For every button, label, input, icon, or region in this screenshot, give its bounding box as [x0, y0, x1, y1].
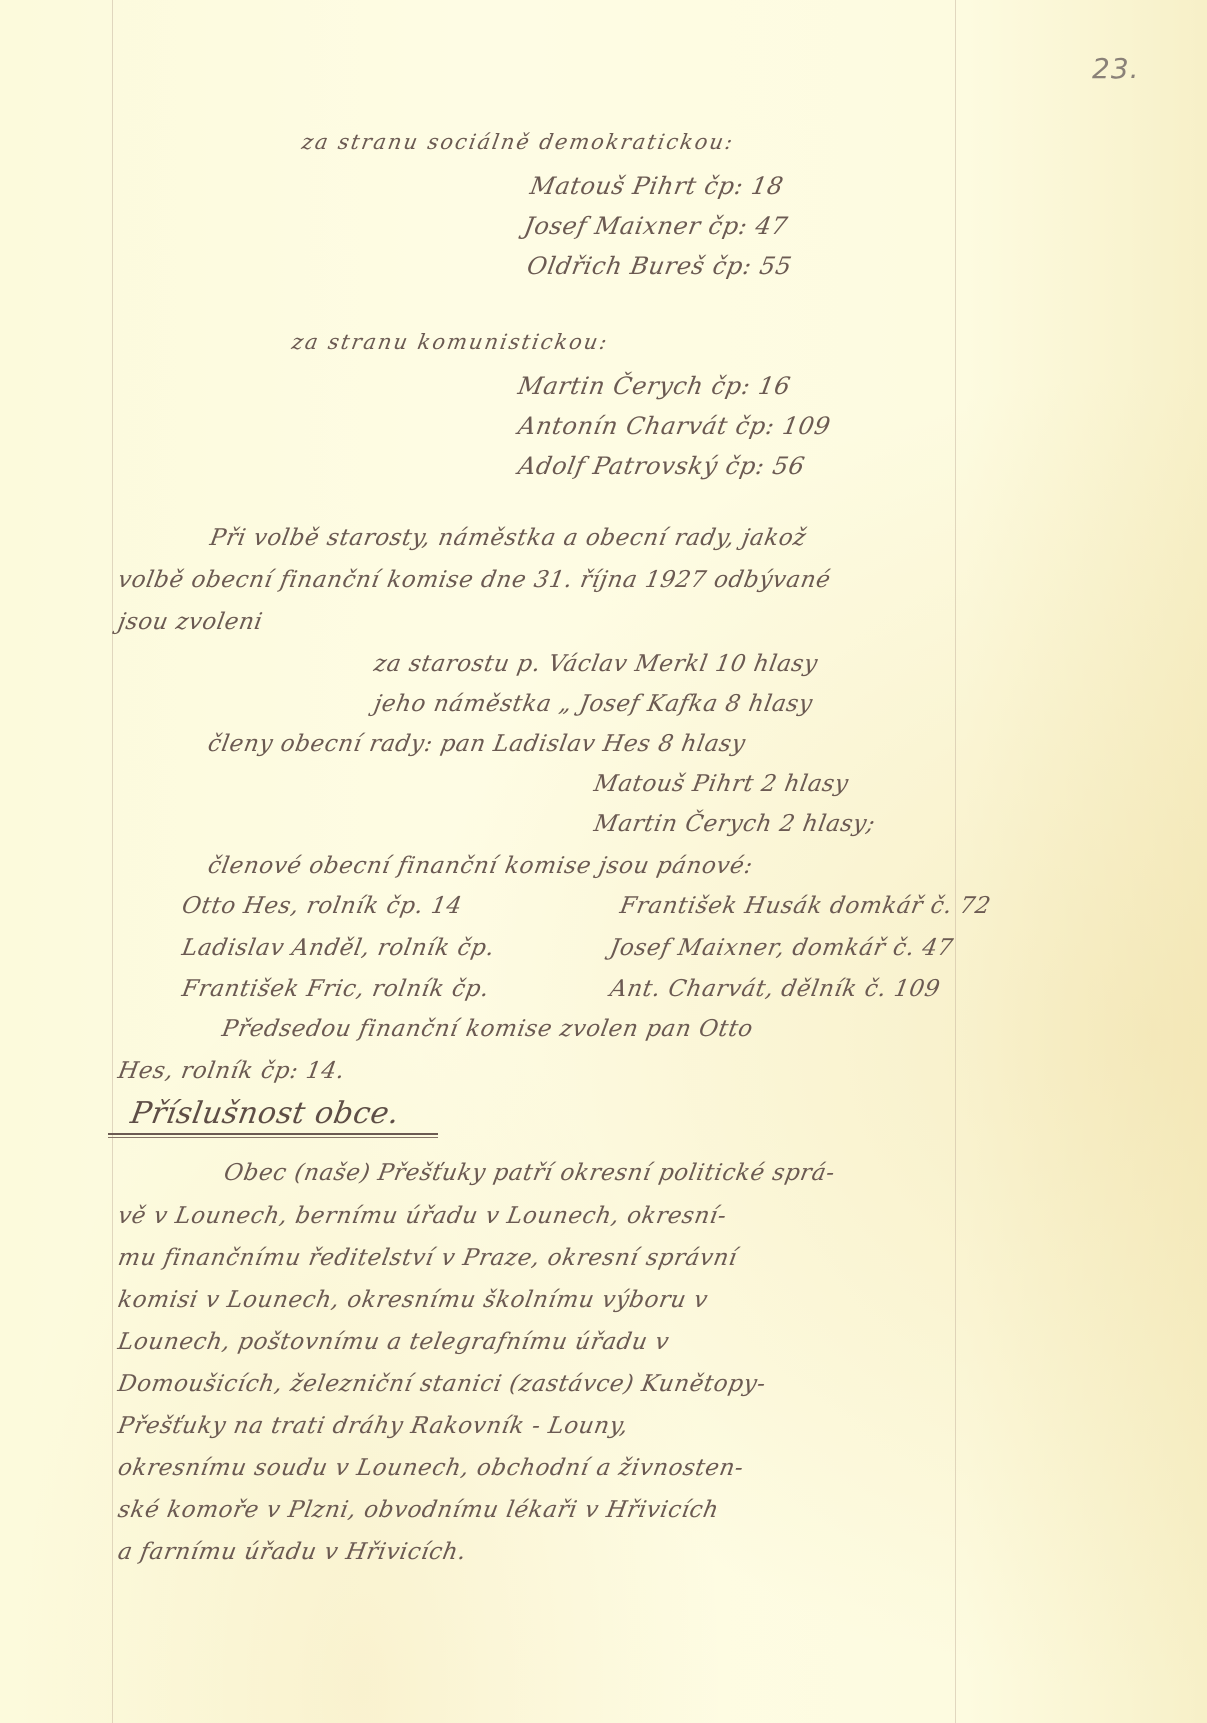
- section-body-line: Obec (naše) Přešťuky patří okresní polit…: [222, 1160, 837, 1186]
- social-democrat-member: Matouš Pihrt čp: 18: [528, 172, 786, 200]
- finance-chair-line: Předsedou finanční komise zvolen pan Ott…: [220, 1016, 755, 1042]
- communist-member: Adolf Patrovský čp: 56: [516, 452, 807, 480]
- finance-member-left: Ladislav Anděl, rolník čp.: [180, 935, 497, 961]
- elected-line-council: členy obecní rady: pan Ladislav Hes 8 hl…: [206, 731, 748, 757]
- elected-line-deputy: jeho náměstka „ Josef Kafka 8 hlasy: [372, 691, 815, 717]
- section-body-line: vě v Lounech, bernímu úřadu v Lounech, o…: [116, 1203, 729, 1229]
- right-margin-line: [955, 0, 956, 1723]
- section-body-line: Lounech, poštovnímu a telegrafnímu úřadu…: [116, 1329, 671, 1355]
- social-democrat-member: Oldřich Bureš čp: 55: [525, 252, 794, 280]
- social-democrat-member: Josef Maixner čp: 47: [522, 212, 790, 240]
- election-paragraph-line: Při volbě starosty, náměstka a obecní ra…: [208, 525, 808, 551]
- section-body-line: ské komoře v Plzni, obvodnímu lékaři v H…: [116, 1497, 721, 1523]
- finance-member-left: Otto Hes, rolník čp. 14: [180, 893, 464, 919]
- heading-underline: [108, 1137, 438, 1138]
- elected-line-council: Matouš Pihrt 2 hlasy: [592, 771, 851, 797]
- finance-member-left: František Fric, rolník čp.: [180, 976, 491, 1002]
- page-number: 23.: [1092, 52, 1140, 85]
- section-body-line: mu finančnímu ředitelství v Praze, okres…: [116, 1245, 739, 1271]
- manuscript-page: 23. za stranu sociálně demokratickou: Ma…: [0, 0, 1207, 1723]
- finance-member-right: František Husák domkář č. 72: [618, 893, 993, 919]
- left-margin-line: [112, 0, 113, 1723]
- communist-member: Martin Čerych čp: 16: [516, 372, 793, 400]
- section-body-line: Přešťuky na trati dráhy Rakovník - Louny…: [116, 1413, 630, 1439]
- finance-member-right: Josef Maixner, domkář č. 47: [608, 935, 955, 961]
- section-body-line: Domoušicích, železniční stanici (zastávc…: [116, 1371, 768, 1397]
- communists-heading: za stranu komunistickou:: [290, 330, 611, 354]
- elected-line-mayor: za starostu p. Václav Merkl 10 hlasy: [372, 651, 820, 677]
- election-paragraph-line: jsou zvoleni: [116, 609, 265, 635]
- election-paragraph-line: volbě obecní finanční komise dne 31. říj…: [116, 567, 833, 593]
- section-heading: Příslušnost obce.: [128, 1096, 402, 1131]
- heading-underline: [108, 1133, 438, 1135]
- section-body-line: komisi v Lounech, okresnímu školnímu výb…: [116, 1287, 710, 1313]
- section-body-line: a farnímu úřadu v Hřivicích.: [116, 1539, 468, 1565]
- elected-line-council: Martin Čerych 2 hlasy;: [592, 811, 877, 837]
- finance-chair-line: Hes, rolník čp: 14.: [116, 1058, 347, 1084]
- section-body-line: okresnímu soudu v Lounech, obchodní a ži…: [116, 1455, 746, 1481]
- finance-member-right: Ant. Charvát, dělník č. 109: [608, 976, 942, 1002]
- social-democrats-heading: za stranu sociálně demokratickou:: [300, 130, 736, 154]
- communist-member: Antonín Charvát čp: 109: [516, 412, 833, 440]
- finance-commission-heading: členové obecní finanční komise jsou páno…: [206, 853, 755, 879]
